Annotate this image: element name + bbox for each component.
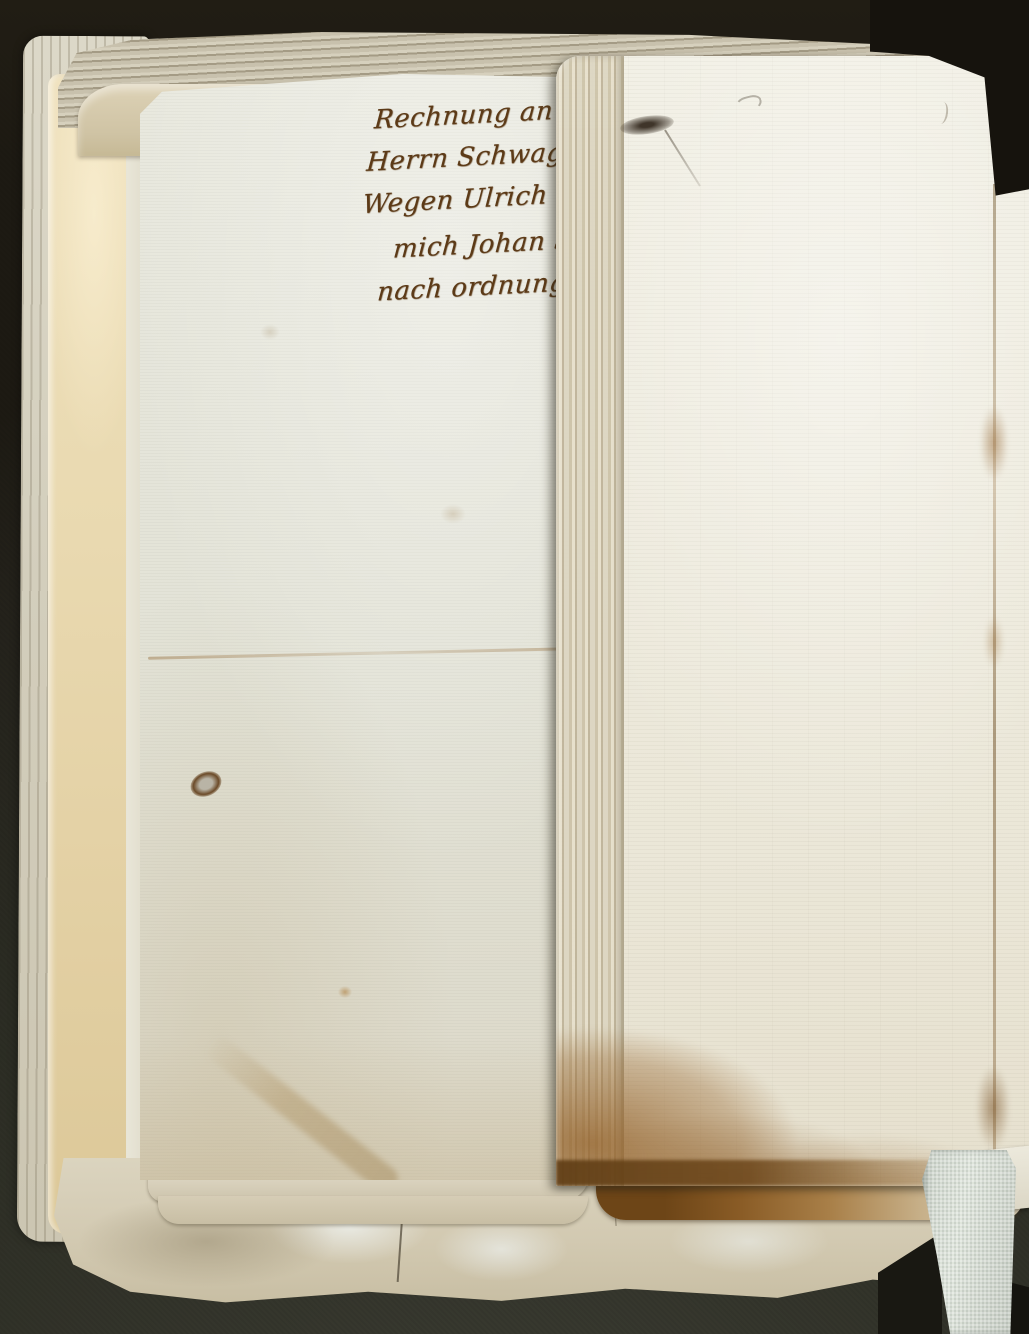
- left-stack-bottom-edge-2: [158, 1196, 588, 1224]
- ink-smudge-tail: [664, 129, 701, 186]
- horizontal-fold-crease: [148, 647, 572, 660]
- foxing-spot: [260, 324, 280, 340]
- worm-hole: [187, 767, 226, 802]
- handwriting-line: Wegen Ulrich Gessel: [362, 175, 578, 220]
- handwriting-line: mich Johan Schmid: [392, 221, 578, 265]
- pencil-squiggle: [734, 93, 763, 115]
- foxing-spot: [440, 504, 466, 524]
- crease-stain: [984, 616, 1004, 668]
- faint-curve-mark: [937, 101, 950, 124]
- handwriting-block: Rechnung an Meine Herrn Schwager Herrn W…: [359, 82, 578, 332]
- right-page: [556, 56, 1029, 1186]
- handwriting-line: Herrn Schwager Herrn: [365, 131, 578, 178]
- bottom-toning: [140, 960, 578, 1180]
- left-page: Rechnung an Meine Herrn Schwager Herrn W…: [140, 74, 578, 1180]
- manuscript-photo: Rechnung an Meine Herrn Schwager Herrn W…: [0, 0, 1029, 1334]
- crease-stain: [980, 406, 1008, 480]
- handwriting-line: Rechnung an Meine: [373, 91, 578, 135]
- handwriting-line: nach ordnung obgem: [376, 262, 578, 307]
